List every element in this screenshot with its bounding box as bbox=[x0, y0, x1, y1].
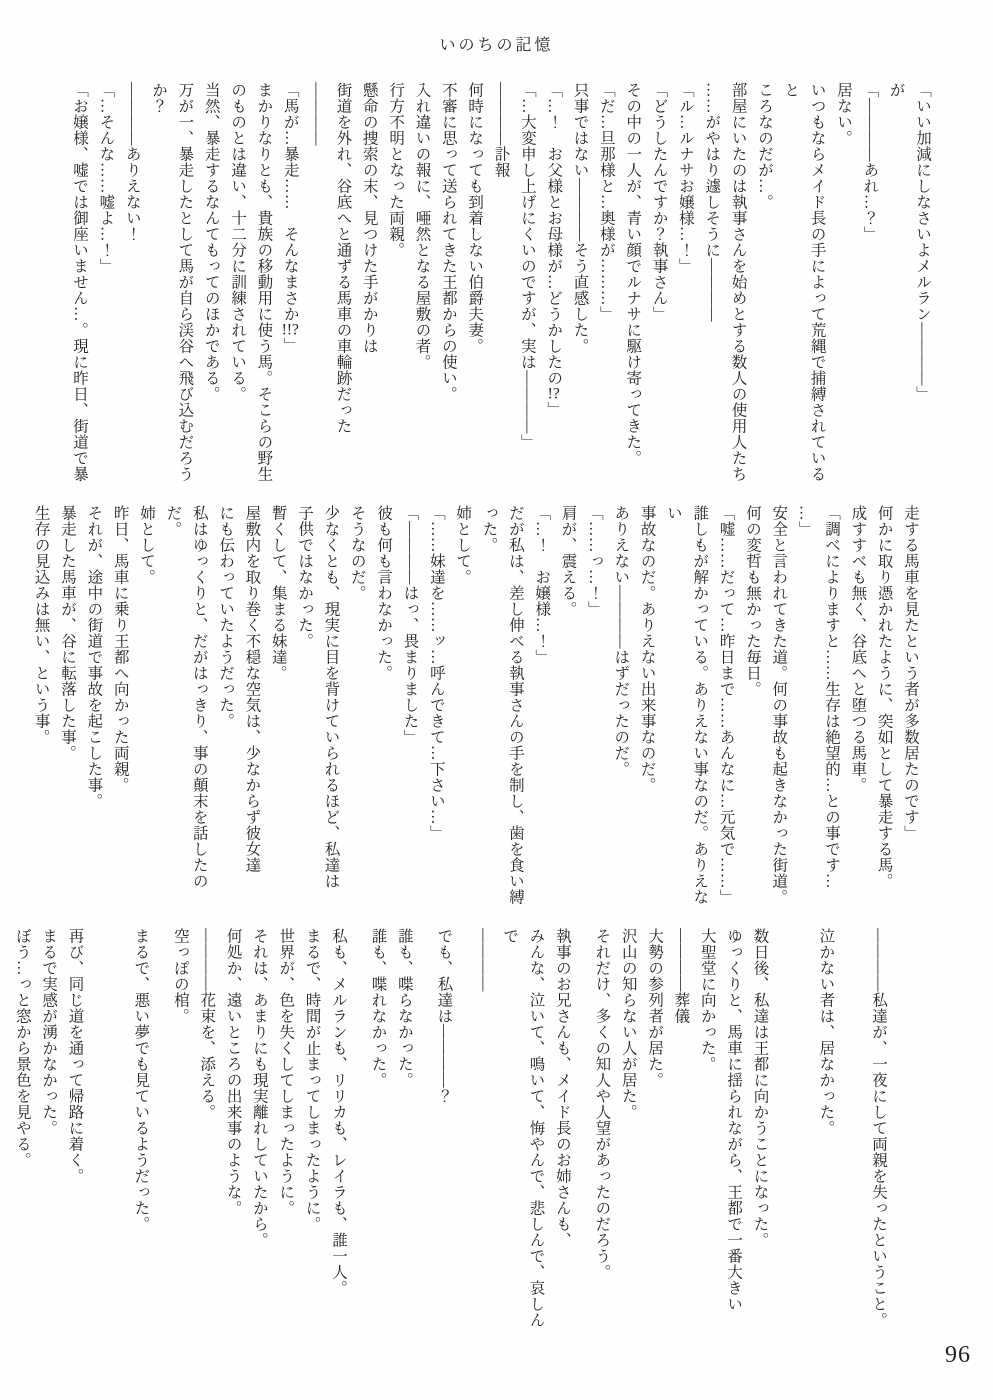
text-line: った。 bbox=[475, 505, 501, 915]
text-line: 姉として。 bbox=[449, 505, 475, 915]
text-line: 暴走した馬車が、谷に転落した事。 bbox=[54, 505, 80, 915]
text-line: ――――訃報 bbox=[487, 82, 513, 482]
text-line: のものとは違い、十二分に訓練されている。 bbox=[224, 82, 250, 482]
text-line: 「馬が…暴走…… そんなまさか!!?」 bbox=[276, 82, 302, 482]
text-line: 姉として。 bbox=[133, 505, 159, 915]
text-line: でも、私達は――――？ bbox=[430, 928, 456, 1328]
text-line: 生存の見込みは無い、という事。 bbox=[27, 505, 53, 915]
text-line: ――――私達が、一夜にして両親を失ったということ。 bbox=[865, 928, 891, 1328]
text-line: 「…！ お父様とお母様が…どうかしたの!?」 bbox=[540, 82, 566, 482]
text-line: それが、途中の街道で事故を起こした事。 bbox=[80, 505, 106, 915]
text-line: 成すすべも無く、谷底へと堕つる馬車。 bbox=[844, 505, 870, 915]
text-line: 万が一、暴走したとして馬が自ら渓谷へ飛び込むだろう bbox=[171, 82, 197, 482]
text-line: 「…そんな……嘘よ…！」 bbox=[92, 82, 118, 482]
text-line: 「ル…ルナサお嬢様…！」 bbox=[672, 82, 698, 482]
page-number: 96 bbox=[945, 1342, 971, 1369]
text-line: 「いい加減にしなさいよメルラン――――」 bbox=[909, 82, 935, 482]
text-line: 少なくとも、現実に目を背けていられるほど、私達は bbox=[317, 505, 343, 915]
text-line: 不審に思って送られてきた王都からの使い。 bbox=[434, 82, 460, 482]
text-line: 誰も、喋れなかった。 bbox=[364, 928, 390, 1328]
text-line: 「嘘……だって…昨日まで……あんなに…元気で……」 bbox=[712, 505, 738, 915]
text-line: 懸命の捜索の末、見つけた手がかりは bbox=[355, 82, 381, 482]
text-line: 只事ではない――――そう直感した。 bbox=[566, 82, 592, 482]
text-line: 「……っ…！」 bbox=[581, 505, 607, 915]
text-line: ぼう…っと窓から景色を見やる。 bbox=[8, 928, 34, 1328]
text-line: 事故なのだ。ありえない出来事なのだ。 bbox=[633, 505, 659, 915]
text-line: 沢山の知らない人が居た。 bbox=[614, 928, 640, 1328]
text-line: ……がやはり遽しそうに―――― bbox=[698, 82, 724, 482]
text-block-bottom: ――――私達が、一夜にして両親を失ったということ。泣かない者は、居なかった。数日… bbox=[8, 928, 891, 1328]
text-line: 部屋にいたのは執事さんを始めとする数人の使用人たち bbox=[724, 82, 750, 482]
text-line: 当然、暴走するなんてもってのほかである。 bbox=[197, 82, 223, 482]
text-line: まるで、悪い夢でも見ているようだった。 bbox=[127, 928, 153, 1328]
text-line: 再び、同じ道を通って帰路に着く。 bbox=[61, 928, 87, 1328]
text-line: いつもならメイド長の手によって荒縄で捕縛されていると bbox=[777, 82, 830, 482]
text-line: 数日後、私達は王都に向かうことになった。 bbox=[746, 928, 772, 1328]
text-line: が bbox=[882, 82, 908, 482]
text-line: 「調べによりますと……生存は絶望的…との事です… bbox=[818, 505, 844, 915]
tate-chu-yoko: !? bbox=[545, 386, 562, 402]
text-line: 「お嬢様、嘘では御座いません…。現に昨日、街道で暴 bbox=[66, 82, 92, 482]
text-line: 「だ…旦那様と…奥様が………」 bbox=[593, 82, 619, 482]
text-line: それだけ、多くの知人や人望があったのだろう。 bbox=[588, 928, 614, 1328]
text-line: 「…！ お嬢様…！」 bbox=[528, 505, 554, 915]
text-line: まかりなりとも、貴族の移動用に使う馬。そこらの野生 bbox=[250, 82, 276, 482]
text-line: 私はゆっくりと、だがはっきり、事の顛末を話したのだ。 bbox=[159, 505, 212, 915]
text-line: 居ない。 bbox=[830, 82, 856, 482]
text-line: 「…大変申し上げにくいのですが、実は――――」 bbox=[514, 82, 540, 482]
text-line: 暫くして、集まる妹達。 bbox=[264, 505, 290, 915]
text-line: 何時になっても到着しない伯爵夫妻。 bbox=[461, 82, 487, 482]
text-line: 昨日、馬車に乗り王都へ向かった両親。 bbox=[106, 505, 132, 915]
tate-chu-yoko: !!? bbox=[282, 322, 299, 338]
text-line: 屋敷内を取り巻く不穏な空気は、少なからず彼女達 bbox=[238, 505, 264, 915]
text-line: それは、あまりにも現実離れしていたから。 bbox=[246, 928, 272, 1328]
text-line: 走する馬車を見たという者が多数居たのです」 bbox=[897, 505, 923, 915]
text-line: ――――葬儀 bbox=[667, 928, 693, 1328]
novel-page: いのちの記憶 「いい加減にしなさいよメルラン――――」が「――――あれ…？」居な… bbox=[0, 0, 993, 1400]
text-line: 誰も、喋らなかった。 bbox=[390, 928, 416, 1328]
text-line: みんな、泣いて、鳴いて、悔やんで、悲しんで、哀しんで bbox=[496, 928, 549, 1328]
text-line: …」 bbox=[791, 505, 817, 915]
text-line: 彼も何も言わなかった。 bbox=[370, 505, 396, 915]
text-line: 大勢の参列者が居た。 bbox=[641, 928, 667, 1328]
text-line: 何かに取り憑かれたように、突如として暴走する馬。 bbox=[870, 505, 896, 915]
text-line: 肩が、震える。 bbox=[554, 505, 580, 915]
text-line: まるで、時間が止まってしまったように。 bbox=[298, 928, 324, 1328]
text-line: 「――――はっ、畏まりました」 bbox=[396, 505, 422, 915]
text-line: 何処か、遠いところの出来事のような。 bbox=[219, 928, 245, 1328]
text-line: 「――――あれ…？」 bbox=[856, 82, 882, 482]
text-line: その中の一人が、青い顔でルナサに駆け寄ってきた。 bbox=[619, 82, 645, 482]
text-line: ころなのだが…。 bbox=[751, 82, 777, 482]
text-line: 何の変哲も無かった毎日。 bbox=[739, 505, 765, 915]
text-block-top: 「いい加減にしなさいよメルラン――――」が「――――あれ…？」居ない。いつもなら… bbox=[66, 82, 935, 482]
text-line: にも伝わっていたようだった。 bbox=[212, 505, 238, 915]
text-line: 私も、メルランも、リリカも、レイラも、誰一人。 bbox=[325, 928, 351, 1328]
text-line: ――――花束を、添える。 bbox=[193, 928, 219, 1328]
text-line: 世界が、色を失くしてしまったように。 bbox=[272, 928, 298, 1328]
text-line: 誰しもが解かっている。ありえない事なのだ。ありえない bbox=[660, 505, 713, 915]
text-line: 行方不明となった両親。 bbox=[382, 82, 408, 482]
text-block-middle: 走する馬車を見たという者が多数居たのです」何かに取り憑かれたように、突如として暴… bbox=[27, 505, 923, 915]
text-line: そうなのだ。 bbox=[343, 505, 369, 915]
text-line: 執事のお兄さんも、メイド長のお姉さんも、 bbox=[549, 928, 575, 1328]
text-line: 「……妹達を……ッ…呼んできて…下さい…」 bbox=[422, 505, 448, 915]
text-line: ゆっくりと、馬車に揺られながら、王都で一番大きい bbox=[720, 928, 746, 1328]
text-line: ――――ありえない！ bbox=[118, 82, 144, 482]
text-line: 大聖堂に向かった。 bbox=[693, 928, 719, 1328]
text-line: ありえない――――はずだったのだ。 bbox=[607, 505, 633, 915]
text-line: か？ bbox=[145, 82, 171, 482]
text-line: 空っぽの棺。 bbox=[167, 928, 193, 1328]
text-line: まるで実感が湧かなかった。 bbox=[35, 928, 61, 1328]
text-line: 街道を外れ、谷底へと通ずる馬車の車輪跡だった―――― bbox=[303, 82, 356, 482]
text-line: 泣かない者は、居なかった。 bbox=[812, 928, 838, 1328]
text-line: だが私は、差し伸べる執事さんの手を制し、歯を食い縛 bbox=[502, 505, 528, 915]
text-line: 安全と言われてきた道。何の事故も起きなかった街道。 bbox=[765, 505, 791, 915]
text-line: 入れ違いの報に、唖然となる屋敷の者。 bbox=[408, 82, 434, 482]
text-line: ―――― bbox=[470, 928, 496, 1328]
text-line: 子供ではなかった。 bbox=[291, 505, 317, 915]
page-title: いのちの記憶 bbox=[0, 32, 993, 55]
text-line: 「どうしたんですか？執事さん」 bbox=[645, 82, 671, 482]
